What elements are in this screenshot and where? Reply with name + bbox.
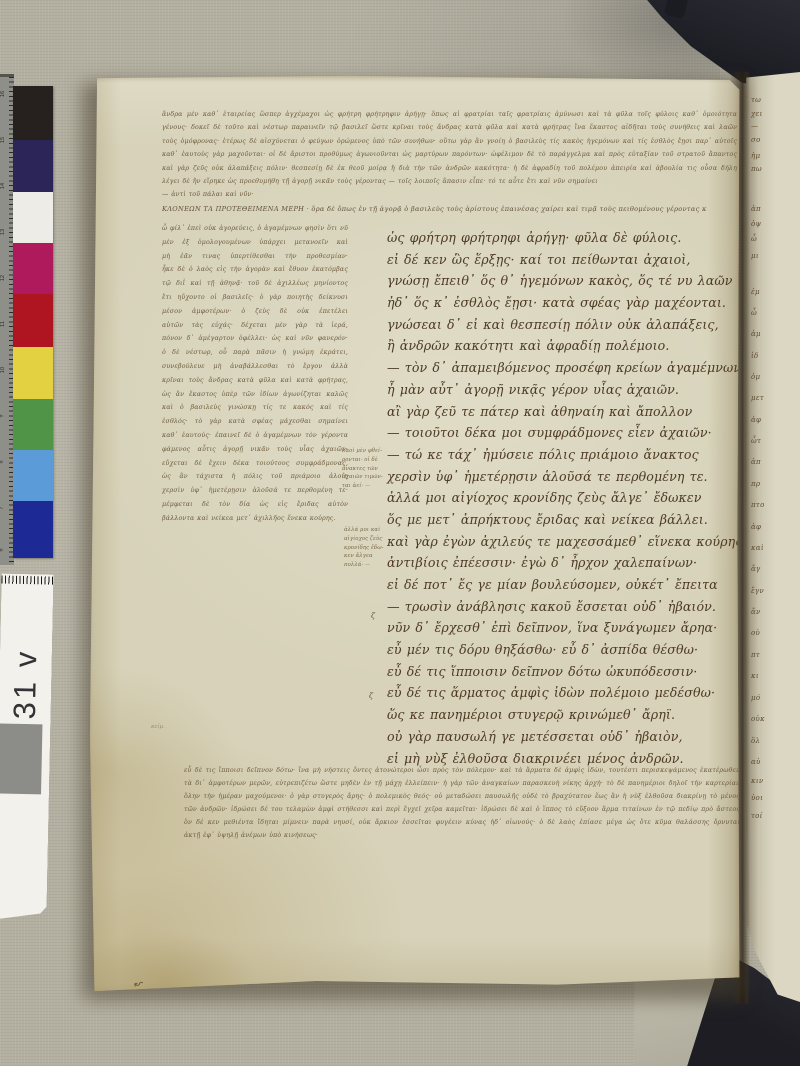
ruler-number: 12 bbox=[0, 275, 6, 281]
scholia-line: τὰ δι᾽ ἀμφοτέρων μερῶν, εὐτρεπιζέτω ὥστε… bbox=[184, 777, 740, 790]
folio-number-card: 31 v bbox=[0, 573, 54, 920]
facing-page-text-fragment: ἐμ bbox=[751, 288, 760, 296]
scholia-line: ὃν δέ κεν μεθιέντα ἴδηται μίμνειν παρὰ ν… bbox=[184, 816, 740, 829]
bottom-margin-scholia: εὖ δέ τις ἵπποισι δεῖπνον δότω· ἵνα μὴ ν… bbox=[184, 764, 740, 842]
color-swatch bbox=[13, 501, 53, 558]
facing-page-text-fragment: ἄν bbox=[751, 608, 761, 616]
ruler-number: 10 bbox=[0, 367, 6, 373]
facing-page-text-fragment: — bbox=[751, 122, 758, 130]
facing-page-text-fragment: ἰδ bbox=[751, 352, 759, 360]
facing-page-text-fragment: ἀπ bbox=[751, 458, 761, 466]
scholia-line: ἀκτῇ ἐφ᾽ ὑψηλῇ ἀνέμων ὑπὸ κινήσεως· bbox=[184, 829, 740, 842]
facing-page-text-fragment: οὐ bbox=[751, 629, 760, 637]
gray-calibration-patch bbox=[0, 723, 42, 794]
facing-page-text-fragment: κιν bbox=[751, 777, 764, 785]
margin-mark: ζ bbox=[371, 611, 375, 620]
facing-page-text-fragment: αὐ bbox=[751, 758, 761, 766]
facing-page-text-fragment: ὅλ bbox=[751, 737, 760, 745]
facing-page-text-fragment: κι bbox=[751, 672, 759, 680]
facing-page-text-fragment: πρ bbox=[751, 480, 760, 488]
card-ruler-ticks bbox=[1, 575, 53, 584]
facing-page-text-fragment: μι bbox=[751, 252, 759, 260]
ruler-number: 9 bbox=[0, 414, 5, 417]
ruler-number: 6 bbox=[0, 548, 5, 551]
color-swatch bbox=[13, 192, 53, 243]
color-swatch bbox=[13, 243, 53, 294]
ruler-number: 15 bbox=[0, 137, 6, 143]
facing-page-text-fragment: ἀφ bbox=[751, 523, 761, 531]
ruler-numbers: 161514131211109876 bbox=[0, 77, 9, 565]
facing-page-text-fragment: ὧ bbox=[751, 235, 757, 243]
ruler-number: 7 bbox=[0, 506, 5, 509]
scholia-line: εὖ δέ τις ἵπποισι δεῖπνον δότω· ἵνα μὴ ν… bbox=[184, 764, 740, 777]
ruler-number: 8 bbox=[0, 460, 5, 463]
margin-mark: ζ bbox=[369, 691, 373, 700]
color-swatch bbox=[13, 399, 53, 450]
facing-page-text-fragment: ὑοι bbox=[751, 794, 763, 802]
facing-page-text-fragment: ἀφ bbox=[751, 416, 761, 424]
facing-page-text-fragment: ἔγν bbox=[751, 587, 764, 595]
ruler-number: 11 bbox=[0, 321, 6, 327]
facing-page-text-fragment: καὶ bbox=[751, 544, 764, 552]
manuscript-page: ἄνδρα μὲν καθ᾽ ἑταιρείας ὥσπερ ἀγχέμαχοι… bbox=[88, 75, 740, 992]
margin-marks: ζζ bbox=[88, 75, 740, 992]
scholia-line: ὅλην τὴν ἡμέραν μαχούμενοι· ὁ γὰρ στυγερ… bbox=[184, 790, 740, 803]
facing-page-text-fragment: ἄγ bbox=[751, 565, 761, 573]
facing-page-text-fragment: μετ bbox=[751, 394, 764, 402]
facing-page-text-fragment: τω bbox=[751, 96, 761, 104]
facing-page-text-fragment: πτ bbox=[751, 651, 760, 659]
facing-page-edge: τωχει—σοἡμπωἀπὀψὧμιἐμὦἀμἰδὁμμετἀφὧτἀππρπ… bbox=[744, 72, 800, 1002]
facing-page-text-fragment: πτο bbox=[751, 501, 765, 509]
color-swatch bbox=[13, 86, 53, 140]
facing-page-text-fragment: μό bbox=[751, 694, 760, 702]
color-swatch bbox=[13, 347, 53, 399]
facing-page-text-fragment: ἡμ bbox=[751, 152, 760, 160]
ruler-number: 13 bbox=[0, 229, 6, 235]
color-swatch bbox=[13, 140, 53, 192]
facing-page-text-fragment: τοί bbox=[751, 812, 763, 820]
facing-page-text-fragment: σο bbox=[751, 136, 761, 144]
photo-canvas: { "colors": { "backdrop_fabric": "#b4b0a… bbox=[0, 0, 800, 1066]
color-swatch bbox=[13, 294, 53, 347]
facing-page-text-fragment: ὁμ bbox=[751, 373, 760, 381]
facing-page-text-fragment: πω bbox=[751, 165, 762, 173]
facing-page-text-fragment: χει bbox=[751, 110, 763, 118]
facing-page-text-fragment: ἀμ bbox=[751, 330, 761, 338]
ruler-number: 16 bbox=[0, 91, 6, 97]
facing-page-text-fragment: ὦ bbox=[751, 309, 757, 317]
ruler-number: 14 bbox=[0, 183, 6, 189]
faint-margin-note: κείμ. bbox=[151, 724, 165, 730]
facing-page-text-fragment: ἀπ bbox=[751, 205, 761, 213]
facing-page-text-fragment: οὐκ bbox=[751, 715, 765, 723]
facing-page-text-fragment: ὧτ bbox=[751, 437, 761, 445]
facing-page-text-fragment: ὀψ bbox=[751, 220, 761, 228]
color-calibration-swatches bbox=[13, 86, 53, 558]
scholia-line: τῶν ἀνδρῶν· ἱδρώσει δέ του τελαμὼν ἀμφὶ … bbox=[184, 803, 740, 816]
measuring-ruler: 161514131211109876 bbox=[0, 74, 14, 565]
color-swatch bbox=[13, 450, 53, 501]
